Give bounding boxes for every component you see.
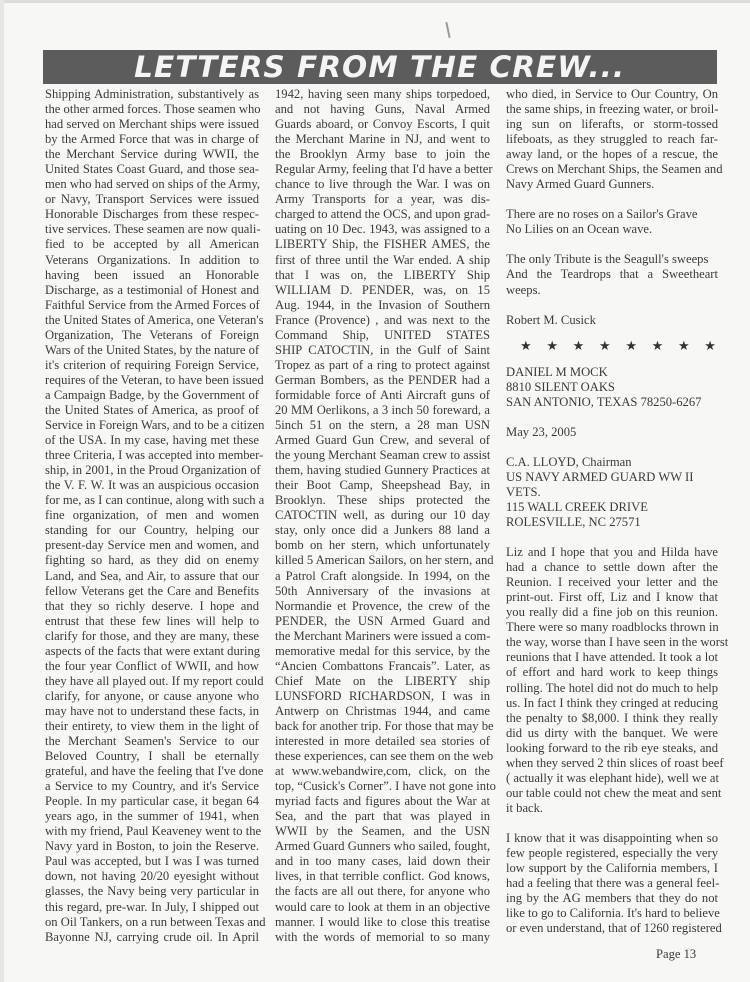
- text-line: Guards aboard, or Convoy Escorts, I quit: [275, 117, 490, 132]
- text-line: Navy Armed Guard Gunners.: [506, 177, 718, 192]
- text-line: first of three until the War ended. A sh…: [275, 253, 490, 268]
- star-icon: ★: [652, 338, 664, 353]
- text-line: the way, worse than I have seen in the w…: [506, 635, 718, 650]
- text-line: tive services. These seamen are now qual…: [45, 222, 259, 237]
- text-line: lives, in that terrible conflict. God kn…: [275, 869, 490, 884]
- text-line: And the Teardrops that a Sweetheart: [506, 267, 718, 282]
- text-line: Tropez as part of a ring to protect agai…: [275, 358, 490, 373]
- text-line: LUNSFORD RICHARDSON, I was in: [275, 689, 490, 704]
- text-line: the V. F. W. It was an auspicious occasi…: [45, 478, 259, 493]
- text-line: three Criteria, I was accepted into memb…: [45, 448, 259, 463]
- text-line: German Bombers, as the PENDER had a: [275, 373, 490, 388]
- text-line: Wars of the United States, by the nature…: [45, 343, 259, 358]
- text-line: Discharge, as a testimonial of Honest an…: [45, 283, 259, 298]
- text-line: chance to live through the War. I was on: [275, 177, 490, 192]
- text-line: charged to attend the OCS, and upon grad…: [275, 207, 490, 222]
- text-line: Beloved Country, I shall be eternally: [45, 749, 259, 764]
- text-line: Paul was accepted, but I was I was turne…: [45, 854, 259, 869]
- text-line: People. In my particular case, it began …: [45, 794, 259, 809]
- text-line: Command Ship, UNITED STATES: [275, 328, 490, 343]
- text-line: had a chance to settle down after the: [506, 560, 718, 575]
- section-banner: LETTERS FROM THE CREW...: [43, 50, 717, 84]
- text-line: uating on 10 Dec. 1943, was assigned to …: [275, 222, 490, 237]
- text-line: Army Transports for a year, was dis-: [275, 192, 490, 207]
- text-line: would care to look at them in an objecti…: [275, 900, 490, 915]
- text-line: Organization, The Veterans of Foreign: [45, 328, 259, 343]
- text-line: the Merchant Service during WWII, the: [45, 147, 259, 162]
- text-line: Armed Guard Gun Crew, and several of: [275, 433, 490, 448]
- text-line: ( actually it was elephant hide), well w…: [506, 771, 718, 786]
- text-line: top, “Cusick's Corner”. I have not gone …: [275, 779, 490, 794]
- text-line: myriad facts and figures about the War a…: [275, 794, 490, 809]
- text-line: VETS.: [506, 485, 718, 500]
- text-line: formidable force of Anti Aircraft guns o…: [275, 388, 490, 403]
- text-line: of effort and hard work to keep things: [506, 665, 718, 680]
- text-line: DANIEL M MOCK: [506, 365, 718, 380]
- text-line: the same ships, in freezing water, or br…: [506, 102, 718, 117]
- column-1-text: Shipping Administration, substantively a…: [45, 87, 259, 945]
- text-line: or Navy, Transport Services were issued: [45, 192, 259, 207]
- text-line: print-out. First off, Liz and I know tha…: [506, 590, 718, 605]
- text-line: with the words of memorial to so many: [275, 930, 490, 945]
- text-line: their Boot Camp, Sheepshead Bay, in: [275, 478, 490, 493]
- text-line: interested in more detailed sea stories …: [275, 734, 490, 749]
- text-line: lifeboats, as they struggled to reach fa…: [506, 132, 718, 147]
- text-line: 50th Anniversary of the invasions at: [275, 584, 490, 599]
- text-line: low support by the California members, I: [506, 861, 718, 876]
- text-line: the Merchant Marine in NJ, and went to: [275, 132, 490, 147]
- text-line: Chief Mate on the LIBERTY ship: [275, 674, 490, 689]
- text-line: Navy yard in Boston, to join the Reserve…: [45, 839, 259, 854]
- text-line: for me, as I can continue, along with su…: [45, 493, 259, 508]
- text-line: it's criterion of requiring Foreign Serv…: [45, 358, 259, 373]
- text-line: like to go to California. It's hard to b…: [506, 906, 718, 921]
- text-line: down, not having 20/20 eyesight without: [45, 869, 259, 884]
- text-line: a Campaign Badge, by the Government of: [45, 388, 259, 403]
- letter-paragraph-1: Liz and I hope that you and Hilda haveha…: [506, 545, 718, 816]
- text-line: this regard, pre-war. In July, I shipped…: [45, 900, 259, 915]
- text-line: us. In fact I think they cringed at redu…: [506, 696, 718, 711]
- text-line: looking forward to the rib eye steaks, a…: [506, 741, 718, 756]
- poem-stanza-1: There are no roses on a Sailor's GraveNo…: [506, 207, 718, 237]
- page-top-edge: [0, 0, 750, 3]
- text-line: few people registered, especially the ve…: [506, 846, 718, 861]
- text-line: 5inch 51 on the stern, a 28 man USN: [275, 418, 490, 433]
- text-line: the Merchant Mariners were issued a com-: [275, 629, 490, 644]
- text-line: when they served 2 thin slices of roast …: [506, 756, 718, 771]
- text-line: their entirety, to view them in the ligh…: [45, 719, 259, 734]
- text-line: fied to be accepted by all American: [45, 237, 259, 252]
- text-line: by the Armed Force that was in charge of: [45, 132, 259, 147]
- text-line: memorative medal for this service, by th…: [275, 644, 490, 659]
- text-line: standing for our Country, helping our: [45, 523, 259, 538]
- text-line: The only Tribute is the Seagull's sweeps: [506, 252, 718, 267]
- text-line: There are no roses on a Sailor's Grave: [506, 207, 718, 222]
- star-icon: ★: [678, 338, 690, 353]
- text-line: with my friend, Paul Keaveney went to th…: [45, 824, 259, 839]
- text-line: a Patrol Craft alongside. In 1994, on th…: [275, 569, 490, 584]
- text-line: Land, and Sea, and Air, to assure that o…: [45, 569, 259, 584]
- text-line: ROLESVILLE, NC 27571: [506, 515, 718, 530]
- poem-stanza-2: The only Tribute is the Seagull's sweeps…: [506, 252, 718, 297]
- text-line: had a feeling that there was a general f…: [506, 876, 718, 891]
- text-line: Armed Guard Gunners who sailed, fought,: [275, 839, 490, 854]
- text-line: the Brooklyn Army base to join the: [275, 147, 490, 162]
- text-line: LIBERTY Ship, the FISHER AMES, the: [275, 237, 490, 252]
- text-line: PENDER, the USN Armed Guard and: [275, 614, 490, 629]
- column-2-text: 1942, having seen many ships torpedoed,a…: [275, 87, 490, 945]
- text-line: Reunion. I received your letter and the: [506, 575, 718, 590]
- text-line: the young Merchant Seaman crew to assist: [275, 448, 490, 463]
- text-line: ing sun on liferafts, or storm-tossed: [506, 117, 718, 132]
- text-line: rolling. The hotel did not do much to he…: [506, 681, 718, 696]
- recipient-address: C.A. LLOYD, ChairmanUS NAVY ARMED GUARD …: [506, 455, 718, 530]
- star-icon: ★: [520, 338, 532, 353]
- text-line: the four year Conflict of WWII, and how: [45, 659, 259, 674]
- text-line: present-day Service men and women, and: [45, 538, 259, 553]
- column-1: Shipping Administration, substantively a…: [45, 87, 259, 945]
- text-line: our table could not chew the meat and se…: [506, 786, 718, 801]
- text-line: the other armed forces. Those seamen who: [45, 102, 259, 117]
- text-line: fighting so hard, as they did on enemy: [45, 553, 259, 568]
- text-line: No Lilies on an Ocean wave.: [506, 222, 718, 237]
- page-left-edge: [0, 0, 4, 982]
- text-line: “Ancien Combattons Francais”. Later, as: [275, 659, 490, 674]
- text-line: at www.webandwire,com, click, on the: [275, 764, 490, 779]
- text-line: France (Provence) , and was next to the: [275, 313, 490, 328]
- text-line: and not having Guns, Naval Armed: [275, 102, 490, 117]
- text-line: Honorable Discharges from these respec-: [45, 207, 259, 222]
- text-line: that I was on, the LIBERTY Ship: [275, 268, 490, 283]
- star-separator: ★★★★★★★★: [520, 338, 716, 353]
- sender-address: DANIEL M MOCK8810 SILENT OAKSSAN ANTONIO…: [506, 365, 718, 410]
- star-icon: ★: [599, 338, 611, 353]
- column-3: who died, in Service to Our Country, Ont…: [506, 87, 718, 951]
- text-line: Antwerp on Christmas 1944, and came: [275, 704, 490, 719]
- text-line: stay, only once did a Junkers 88 land a: [275, 523, 490, 538]
- text-line: the facts are all out there, for anyone …: [275, 884, 490, 899]
- text-line: reunions that I have attended. It took a…: [506, 650, 718, 665]
- text-line: I know that it was disappointing when so: [506, 831, 718, 846]
- text-line: clarify, for anyone, or cause anyone who: [45, 689, 259, 704]
- text-line: the United States of America, as proof o…: [45, 403, 259, 418]
- text-line: Shipping Administration, substantively a…: [45, 87, 259, 102]
- text-line: requires of the Veteran, to have been is…: [45, 373, 259, 388]
- text-line: weeps.: [506, 283, 718, 298]
- text-line: Sea, and the part that was played in: [275, 809, 490, 824]
- text-line: years ago, in the summer of 1941, when: [45, 809, 259, 824]
- text-line: manner. I would like to close this treat…: [275, 915, 490, 930]
- text-line: 20 MM Oerlikons, a 3 inch 50 foreward, a: [275, 403, 490, 418]
- text-line: killed 5 American Sailors, on her stern,…: [275, 553, 490, 568]
- text-line: fine organization, of men and women: [45, 508, 259, 523]
- text-line: SHIP CATOCTIN, in the Gulf of Saint: [275, 343, 490, 358]
- text-line: and in too many cases, laid down their: [275, 854, 490, 869]
- text-line: having been issued an Honorable: [45, 268, 259, 283]
- text-line: Veterans Organizations. In addition to: [45, 253, 259, 268]
- text-line: of the USA. In my case, having met these: [45, 433, 259, 448]
- text-line: the penalty to $8,000. I think they real…: [506, 711, 718, 726]
- text-line: 1942, having seen many ships torpedoed,: [275, 87, 490, 102]
- text-line: Brooklyn. These ships protected the: [275, 493, 490, 508]
- text-line: Aug. 1944, in the Invasion of Southern: [275, 298, 490, 313]
- text-line: it back.: [506, 801, 718, 816]
- letter-paragraph-2: I know that it was disappointing when so…: [506, 831, 718, 936]
- star-icon: ★: [546, 338, 558, 353]
- text-line: SAN ANTONIO, TEXAS 78250-6267: [506, 395, 718, 410]
- text-line: grateful, and have the feeling that I've…: [45, 764, 259, 779]
- text-line: a Service to my Country, and it's Servic…: [45, 779, 259, 794]
- letter-date: May 23, 2005: [506, 425, 718, 440]
- text-line: ship, in 2001, in the Proud Organization…: [45, 463, 259, 478]
- text-line: had served on Merchant ships were issued: [45, 117, 259, 132]
- text-line: these experiences, can see them on the w…: [275, 749, 490, 764]
- text-line: There were so many roadblocks thrown in: [506, 620, 718, 635]
- text-line: may have not to understand these facts, …: [45, 704, 259, 719]
- page-title: LETTERS FROM THE CREW...: [135, 50, 626, 84]
- text-line: away land, or the hopes of a rescue, the: [506, 147, 718, 162]
- column-2: 1942, having seen many ships torpedoed,a…: [275, 87, 490, 945]
- text-line: ing by the AG members that they do not: [506, 891, 718, 906]
- text-line: they have all played out. If my report c…: [45, 674, 259, 689]
- text-line: 8810 SILENT OAKS: [506, 380, 718, 395]
- text-line: fellow Veterans get the Care and Benefit…: [45, 584, 259, 599]
- text-line: Normandie et Provence, the crew of the: [275, 599, 490, 614]
- memorial-paragraph: who died, in Service to Our Country, Ont…: [506, 87, 718, 192]
- text-line: glasses, the Navy being very particular …: [45, 884, 259, 899]
- text-line: back for another trip. For those that ma…: [275, 719, 490, 734]
- text-line: United States Coast Guard, and those sea…: [45, 162, 259, 177]
- text-line: the United States of America, one Vetera…: [45, 313, 259, 328]
- star-icon: ★: [573, 338, 585, 353]
- text-line: on Oil Tankers, on a run between Texas a…: [45, 915, 259, 930]
- text-line: them, having studied Gunnery Practices a…: [275, 463, 490, 478]
- star-icon: ★: [704, 338, 716, 353]
- signature: Robert M. Cusick: [506, 313, 718, 328]
- text-line: Faithful Service from the Armed Forces o…: [45, 298, 259, 313]
- text-line: 115 WALL CREEK DRIVE: [506, 500, 718, 515]
- text-line: aspects of the facts that were extant du…: [45, 644, 259, 659]
- text-line: men who had served on ships of the Army,: [45, 177, 259, 192]
- text-line: Bayonne NJ, carrying crude oil. In April: [45, 930, 259, 945]
- text-line: Service in Foreign Wars, and to be a cit…: [45, 418, 259, 433]
- text-line: that they so richly deserve. I hope and: [45, 599, 259, 614]
- text-line: Liz and I hope that you and Hilda have: [506, 545, 718, 560]
- text-line: bomb on her stern, which unfortunately: [275, 538, 490, 553]
- text-line: Crews on Merchant Ships, the Seamen and: [506, 162, 718, 177]
- text-line: C.A. LLOYD, Chairman: [506, 455, 718, 470]
- text-line: the Merchant Seamen's Service to our: [45, 734, 259, 749]
- text-line: you really did a fine job on this reunio…: [506, 605, 718, 620]
- page-number: Page 13: [656, 947, 696, 962]
- text-line: WILLIAM D. PENDER, was, on 15: [275, 283, 490, 298]
- text-line: or even understand, that of 1260 registe…: [506, 921, 718, 936]
- text-line: entrust that these few lines will help t…: [45, 614, 259, 629]
- paper-crease-mark: [445, 22, 450, 38]
- text-line: CATOCTIN well, as during our 10 day: [275, 508, 490, 523]
- text-line: clarify for those, and they are many, th…: [45, 629, 259, 644]
- text-line: US NAVY ARMED GUARD WW II: [506, 470, 718, 485]
- text-line: WWII by the Seamen, and the USN: [275, 824, 490, 839]
- text-line: who died, in Service to Our Country, On: [506, 87, 718, 102]
- text-line: Regular Army, feeling that I'd have a be…: [275, 162, 490, 177]
- text-line: did us dirty with the banquet. We were: [506, 726, 718, 741]
- star-icon: ★: [625, 338, 637, 353]
